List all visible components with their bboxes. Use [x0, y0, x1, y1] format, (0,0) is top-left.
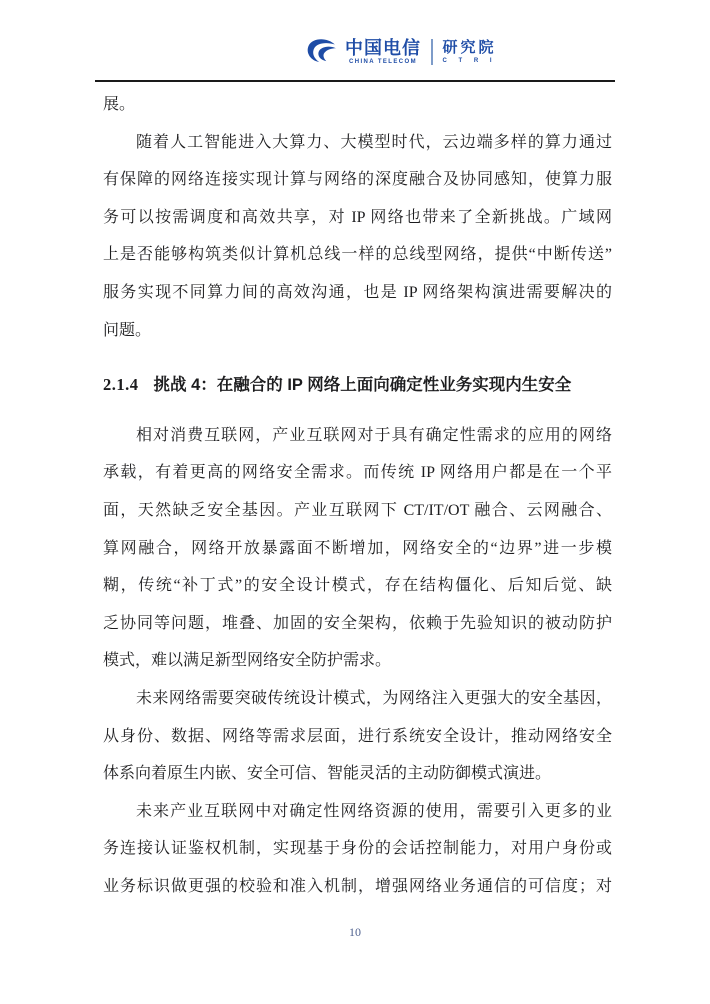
body-line: 糊，传统“补丁式”的安全设计模式，存在结构僵化、后知后觉、缺	[103, 567, 612, 605]
logo-brand-en: CHINA TELECOM	[349, 59, 417, 65]
china-telecom-logo-icon	[306, 38, 338, 66]
logo-division: 研究院 C T R I	[443, 40, 497, 64]
body-line: 展。	[103, 86, 612, 124]
logo-division-en: C T R I	[443, 58, 497, 64]
heading-number: 2.1.4	[103, 375, 139, 394]
header-rule	[95, 80, 615, 82]
logo-divider	[431, 39, 433, 65]
body-line: 算网融合，网络开放暴露面不断增加，网络安全的“边界”进一步模	[103, 530, 612, 568]
body-line: 模式，难以满足新型网络安全防护需求。	[103, 642, 612, 680]
paragraph: 相对消费互联网，产业互联网对于具有确定性需求的应用的网络承载，有着更高的网络安全…	[103, 417, 612, 680]
body-line: 承载，有着更高的网络安全需求。而传统 IP 网络用户都是在一个平	[103, 454, 612, 492]
body-line: 务连接认证鉴权机制，实现基于身份的会话控制能力，对用户身份或	[103, 830, 612, 868]
body-line: 问题。	[103, 312, 612, 350]
body-line: 务可以按需调度和高效共享，对 IP 网络也带来了全新挑战。广域网	[103, 199, 612, 237]
paragraph: 未来网络需要突破传统设计模式，为网络注入更强大的安全基因，从身份、数据、网络等需…	[103, 680, 612, 793]
body-line: 乏协同等问题，堆叠、加固的安全架构，依赖于先验知识的被动防护	[103, 605, 612, 643]
paragraph: 展。	[103, 86, 612, 124]
body-line: 随着人工智能进入大算力、大模型时代，云边端多样的算力通过	[103, 124, 612, 162]
logo-division-cn: 研究院	[443, 40, 497, 55]
body-line: 上是否能够构筑类似计算机总线一样的总线型网络，提供“中断传送”	[103, 236, 612, 274]
body-line: 未来产业互联网中对确定性网络资源的使用，需要引入更多的业	[103, 793, 612, 831]
section-heading: 2.1.4挑战 4：在融合的 IP 网络上面向确定性业务实现内生安全	[103, 366, 612, 404]
paragraph: 未来产业互联网中对确定性网络资源的使用，需要引入更多的业务连接认证鉴权机制，实现…	[103, 793, 612, 906]
body-line: 有保障的网络连接实现计算与网络的深度融合及协同感知，使算力服	[103, 161, 612, 199]
body-line: 从身份、数据、网络等需求层面，进行系统安全设计，推动网络安全	[103, 718, 612, 756]
document-page: 中国电信 CHINA TELECOM 研究院 C T R I 展。随着人工智能进…	[0, 0, 710, 1004]
logo-brand-cn: 中国电信	[345, 39, 421, 57]
body-line: 相对消费互联网，产业互联网对于具有确定性需求的应用的网络	[103, 417, 612, 455]
paragraph: 随着人工智能进入大算力、大模型时代，云边端多样的算力通过有保障的网络连接实现计算…	[103, 124, 612, 350]
body-line: 业务标识做更强的校验和准入机制，增强网络业务通信的可信度；对	[103, 868, 612, 906]
logo-brand: 中国电信 CHINA TELECOM	[345, 39, 421, 65]
body-line: 服务实现不同算力间的高效沟通，也是 IP 网络架构演进需要解决的	[103, 274, 612, 312]
body-line: 体系向着原生内嵌、安全可信、智能灵活的主动防御模式演进。	[103, 755, 612, 793]
document-body: 展。随着人工智能进入大算力、大模型时代，云边端多样的算力通过有保障的网络连接实现…	[103, 86, 612, 905]
header-logo: 中国电信 CHINA TELECOM 研究院 C T R I	[306, 38, 497, 66]
page-number: 10	[0, 922, 710, 942]
body-line: 面，天然缺乏安全基因。产业互联网下 CT/IT/OT 融合、云网融合、	[103, 492, 612, 530]
body-line: 未来网络需要突破传统设计模式，为网络注入更强大的安全基因，	[103, 680, 612, 718]
heading-text: 挑战 4：在融合的 IP 网络上面向确定性业务实现内生安全	[154, 376, 572, 394]
